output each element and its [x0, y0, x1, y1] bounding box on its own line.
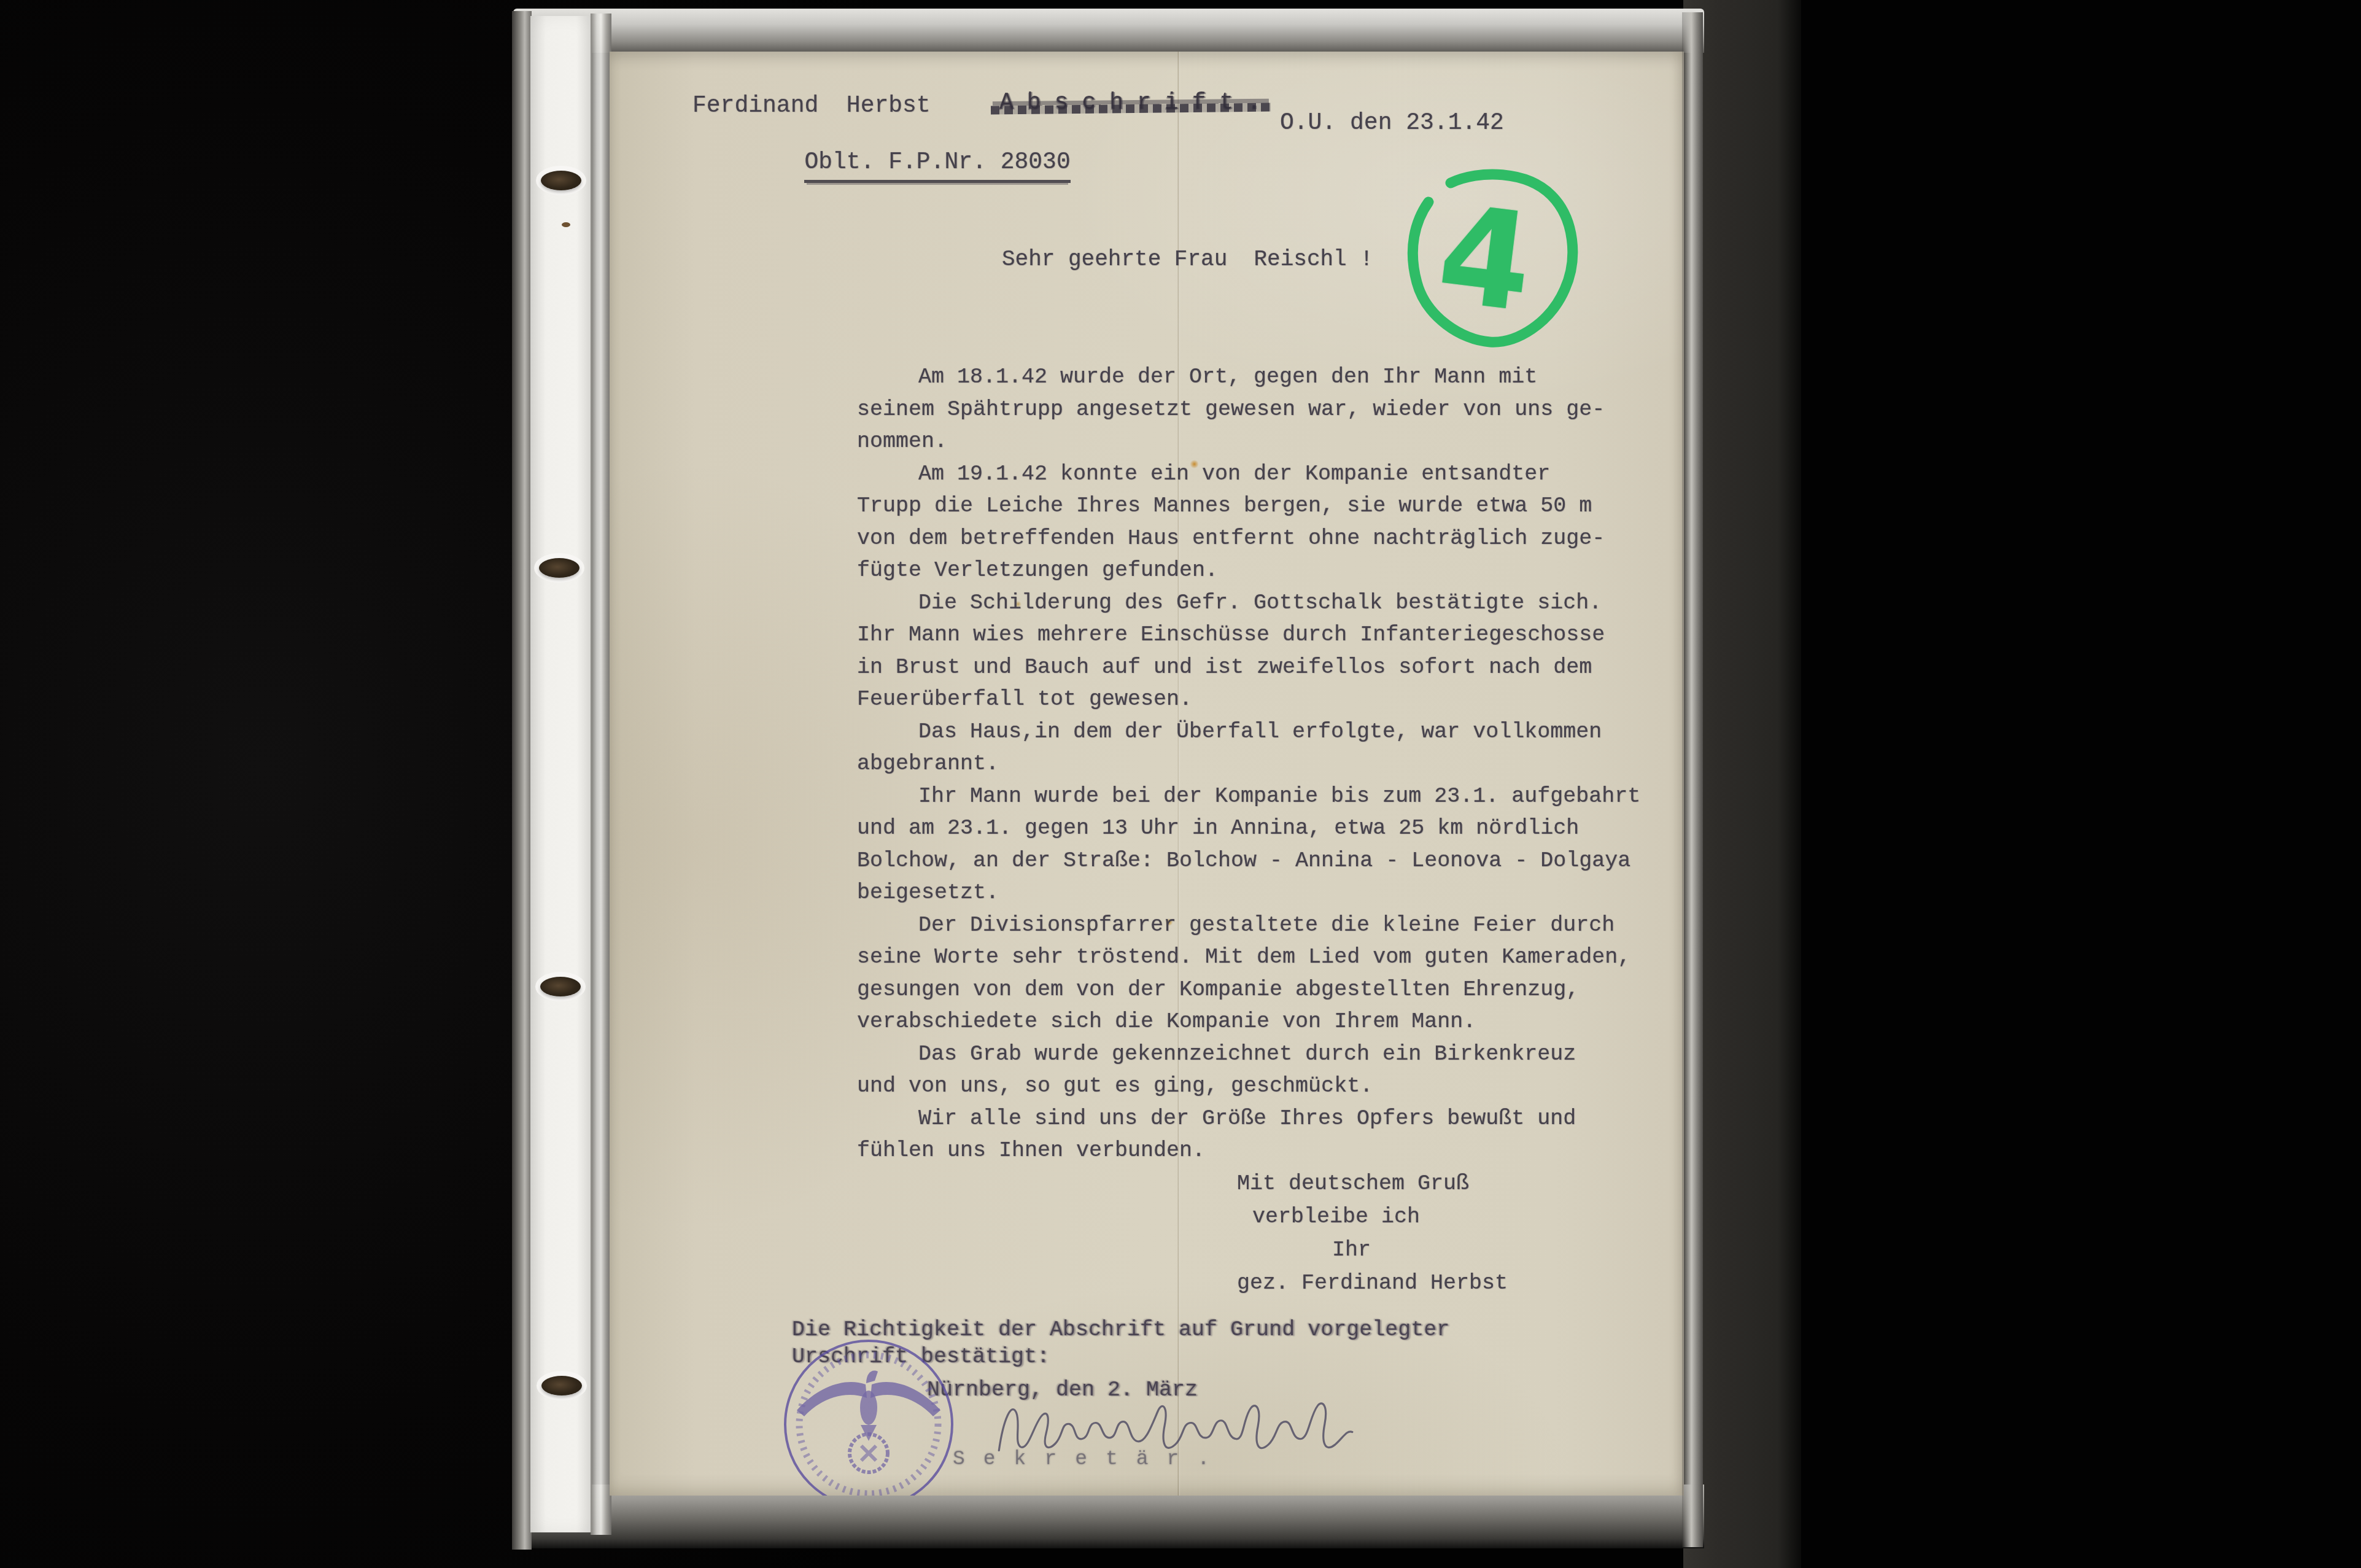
letter-line: beigesetzt. — [857, 877, 1640, 909]
letter-line: verabschiedete sich die Kompanie von Ihr… — [857, 1006, 1640, 1038]
letter-line: Ihr Mann wies mehrere Einschüsse durch I… — [857, 619, 1640, 651]
binder-strip — [530, 16, 592, 1532]
letter-line: in Brust und Bauch auf und ist zweifello… — [857, 651, 1640, 684]
letter-line: seine Worte sehr tröstend. Mit dem Lied … — [857, 941, 1640, 974]
sender-name: Ferdinand Herbst — [692, 92, 931, 120]
sleeve-left-edge — [512, 11, 532, 1550]
punch-hole — [541, 171, 581, 190]
letter-line: Die Schilderung des Gefr. Gottschalk bes… — [857, 587, 1640, 619]
letter-line: von dem betreffenden Haus entfernt ohne … — [857, 522, 1640, 555]
letter-body: Am 18.1.42 wurde der Ort, gegen den Ihr … — [857, 361, 1640, 1167]
letter-line: Am 18.1.42 wurde der Ort, gegen den Ihr … — [857, 361, 1640, 394]
salutation: Sehr geehrte Frau Reischl ! — [1002, 247, 1373, 272]
signatory-title: Sekretär. — [953, 1448, 1228, 1470]
punch-hole — [539, 558, 580, 578]
photo-backdrop: Ferdinand Herbst Oblt. F.P.Nr. 28030 Abs… — [0, 0, 2361, 1568]
letter-line: nommen. — [857, 425, 1640, 458]
closing-line: Mit deutschem Gruß — [1237, 1171, 1469, 1196]
sleeve-top-edge — [513, 9, 1704, 53]
page-number-digit: 4 — [1430, 175, 1541, 342]
letter-paper: Ferdinand Herbst Oblt. F.P.Nr. 28030 Abs… — [610, 52, 1684, 1496]
letter-line: Feuerüberfall tot gewesen. — [857, 683, 1640, 716]
closing-line: Ihr — [1332, 1238, 1371, 1262]
letter-line: Trupp die Leiche Ihres Mannes bergen, si… — [857, 490, 1640, 522]
letter-line: fügte Verletzungen gefunden. — [857, 554, 1640, 587]
paper-speck — [562, 222, 570, 227]
letter-line: und von uns, so gut es ging, geschmückt. — [857, 1070, 1640, 1103]
letter-line: fühlen uns Ihnen verbunden. — [857, 1135, 1640, 1167]
punch-hole — [541, 1376, 582, 1395]
letter-line: abgebrannt. — [857, 748, 1640, 780]
closing-line: verbleibe ich — [1252, 1205, 1420, 1229]
letter-line: seinem Spähtrupp angesetzt gewesen war, … — [857, 394, 1640, 426]
letter-line: und am 23.1. gegen 13 Uhr in Annina, etw… — [857, 812, 1640, 845]
letter-line: Das Grab wurde gekennzeichnet durch ein … — [857, 1038, 1640, 1071]
sleeve-right-edge — [1682, 12, 1703, 1547]
official-eagle-stamp-icon — [780, 1335, 958, 1496]
sender-unit: Oblt. F.P.Nr. 28030 — [804, 149, 1070, 183]
dateline: O.U. den 23.1.42 — [1280, 109, 1504, 138]
letter-line: Das Haus,in dem der Überfall erfolgte, w… — [857, 716, 1640, 748]
letter-line: Bolchow, an der Straße: Bolchow - Annina… — [857, 845, 1640, 877]
copy-label-overstruck: Abschrift. — [999, 90, 1274, 116]
letter-line: Der Divisionspfarrer gestaltete die klei… — [857, 909, 1640, 942]
letter-line: gesungen von dem von der Kompanie abgest… — [857, 974, 1640, 1006]
punch-hole — [540, 977, 581, 996]
letter-line: Wir alle sind uns der Größe Ihres Opfers… — [857, 1103, 1640, 1135]
letter-line: Am 19.1.42 konnte ein von der Kompanie e… — [857, 458, 1640, 491]
closing-line: gez. Ferdinand Herbst — [1237, 1271, 1508, 1295]
sleeve-seam — [591, 14, 611, 1535]
letter-line: Ihr Mann wurde bei der Kompanie bis zum … — [857, 780, 1640, 813]
